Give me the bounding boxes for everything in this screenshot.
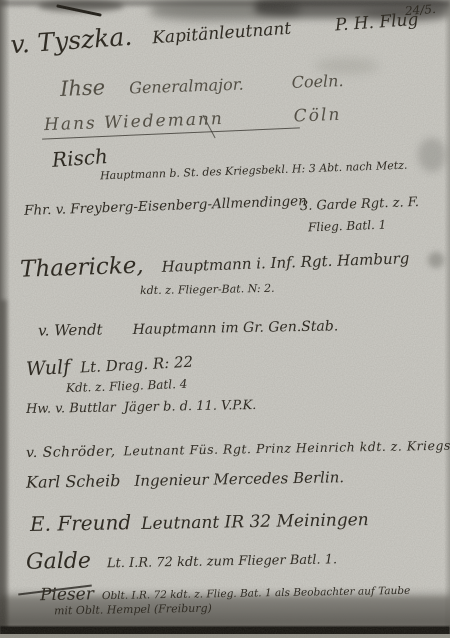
signatory-note: Lt. Drag. R: 22 <box>80 353 194 377</box>
signature-entry: Karl Scheib Ingenieur Mercedes Berlin. <box>26 467 344 492</box>
flourish-stroke <box>56 4 102 16</box>
signatory-name: E. Freund <box>30 510 132 536</box>
scan-bottom-edge <box>0 634 450 638</box>
signature-entry: Wulf Lt. Drag. R: 22 <box>26 350 194 381</box>
signatory-unit-2: Flieg. Batl. 1 <box>308 218 387 235</box>
signatory-note: Oblt. I.R. 72 kdt. z. Flieg. Bat. 1 als … <box>102 585 411 602</box>
scan-smudge <box>418 138 446 172</box>
scan-smudge <box>38 0 124 12</box>
signatory-note: Jäger b. d. 11. V.P.K. <box>124 398 257 415</box>
signature-entry: Hw. v. Buttlar Jäger b. d. 11. V.P.K. <box>26 398 257 417</box>
signatory-name: Karl Scheib <box>26 471 121 492</box>
signatory-name: v. Tyszka. <box>9 22 133 59</box>
signatory-name: Thaericke, <box>20 252 144 282</box>
signatory-rank: Generalmajor. <box>129 75 244 98</box>
signatory-unit: 3. Garde Rgt. z. F. <box>300 195 419 214</box>
signatory-name: Wulf <box>26 356 71 380</box>
signatory-note: Hauptmann b. St. des Kriegsbekl. H: 3 Ab… <box>100 159 408 183</box>
signatory-rank: Hauptmann im Gr. Gen.Stab. <box>132 318 338 338</box>
date-annotation: 24/5. <box>405 2 437 18</box>
signatory-note: Leutnant Füs. Rgt. Prinz Heinrich kdt. z… <box>123 437 450 458</box>
scan-smudge <box>0 300 7 638</box>
signatory-place: Coeln. <box>291 71 343 92</box>
signatory-note: Lt. I.R. 72 kdt. zum Flieger Batl. 1. <box>107 552 337 571</box>
signatory-note: Ingenieur Mercedes Berlin. <box>134 468 344 490</box>
scan-smudge-right-edge <box>444 0 450 638</box>
signatory-name: v. Wendt <box>38 320 103 339</box>
signatory-name: Risch <box>51 144 108 172</box>
signature-entry: v. Schröder, Leutnant Füs. Rgt. Prinz He… <box>26 437 450 461</box>
signatory-name: v. Schröder, <box>26 444 116 462</box>
signature-entry: Hans Wiedemann Cöln <box>44 105 342 135</box>
signature-entry: E. Freund Leutnant IR 32 Meiningen <box>30 506 369 536</box>
signature-entry: v. Wendt Hauptmann im Gr. Gen.Stab. <box>38 316 338 339</box>
signature-entry: Galde Lt. I.R. 72 kdt. zum Flieger Batl.… <box>26 544 337 574</box>
signatory-name: Galde <box>26 549 91 575</box>
signatory-note-2: mit Oblt. Hempel (Freiburg) <box>54 602 212 618</box>
signatory-name: Ihse <box>60 75 106 101</box>
signatory-place: Cöln <box>293 105 341 127</box>
scanned-signature-page: v. Tyszka. Kapitänleutnant P. H. Flug 24… <box>0 0 450 638</box>
signature-entry: Thaericke, Hauptmann i. Inf. Rgt. Hambur… <box>20 243 410 283</box>
signatory-rank: Kapitänleutnant <box>152 19 292 49</box>
signatory-rank: Hauptmann i. Inf. Rgt. Hamburg <box>161 249 409 276</box>
signature-entry: Ihse Generalmajor. Coeln. <box>60 67 344 101</box>
scan-dark-bar-bottom <box>0 626 450 635</box>
signatory-note: Leutnant IR 32 Meiningen <box>141 510 369 534</box>
scan-smudge <box>428 252 444 268</box>
signatory-unit-2: Kdt. z. Flieg. Batl. 4 <box>66 377 188 395</box>
signatory-name: Fhr. v. Freyberg-Eisenberg-Allmendingen <box>24 193 307 219</box>
signatory-name: Hw. v. Buttlar <box>26 400 116 417</box>
signatory-name: Hans Wiedemann <box>44 109 224 135</box>
signatory-name: Pieser <box>40 584 94 605</box>
signature-entry: v. Tyszka. Kapitänleutnant P. H. Flug <box>9 2 419 59</box>
signature-entry: Pieser Oblt. I.R. 72 kdt. z. Flieg. Bat.… <box>40 579 411 605</box>
signatory-unit-2: kdt. z. Flieger-Bat. N: 2. <box>140 282 275 297</box>
scan-smudge-left-edge <box>0 0 10 638</box>
